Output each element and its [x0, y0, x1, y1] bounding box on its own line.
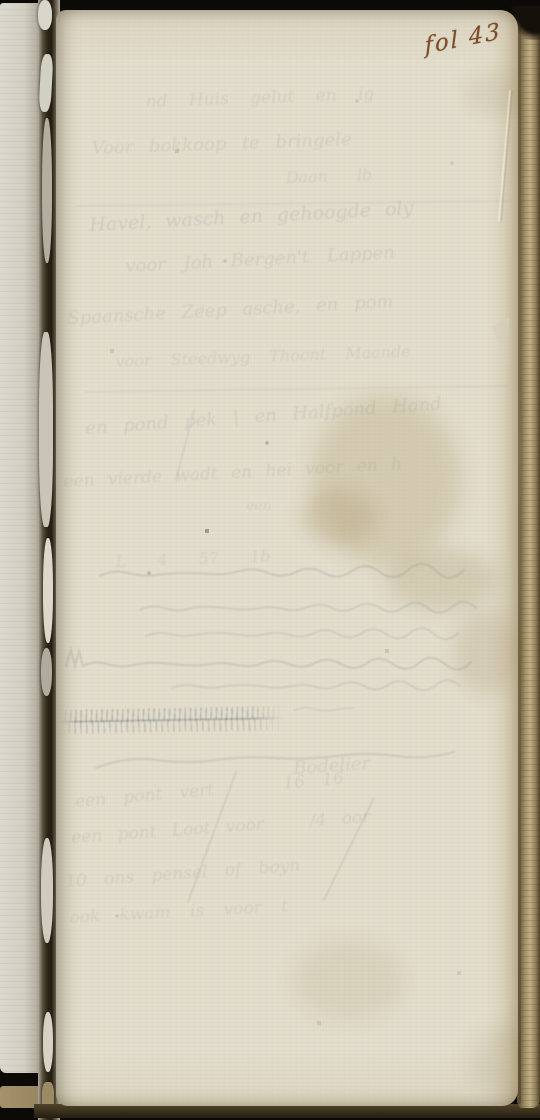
faded-handwriting-line: Daan lb: [285, 165, 372, 187]
tally-marks: [60, 704, 284, 738]
book-bottom-edge: [34, 1104, 540, 1118]
torn-paper-fragment: [41, 838, 53, 943]
torn-paper-fragment: [41, 648, 52, 696]
fore-edge-page-block: [518, 14, 540, 1108]
torn-paper-fragment: [38, 54, 53, 113]
torn-paper-fragment: [39, 332, 53, 527]
facing-page-edge: [0, 3, 40, 1073]
torn-paper-fragment: [43, 1012, 53, 1072]
torn-paper-fragment: [42, 118, 52, 263]
binding-thread: [43, 538, 53, 643]
manuscript-page: fol 43 nd Huis gelut en ig Voor bokkoop …: [56, 10, 518, 1106]
book-scan: fol 43 nd Huis gelut en ig Voor bokkoop …: [0, 0, 540, 1120]
torn-paper-fragment: [38, 0, 52, 30]
faded-handwriting-line: een: [246, 498, 272, 514]
